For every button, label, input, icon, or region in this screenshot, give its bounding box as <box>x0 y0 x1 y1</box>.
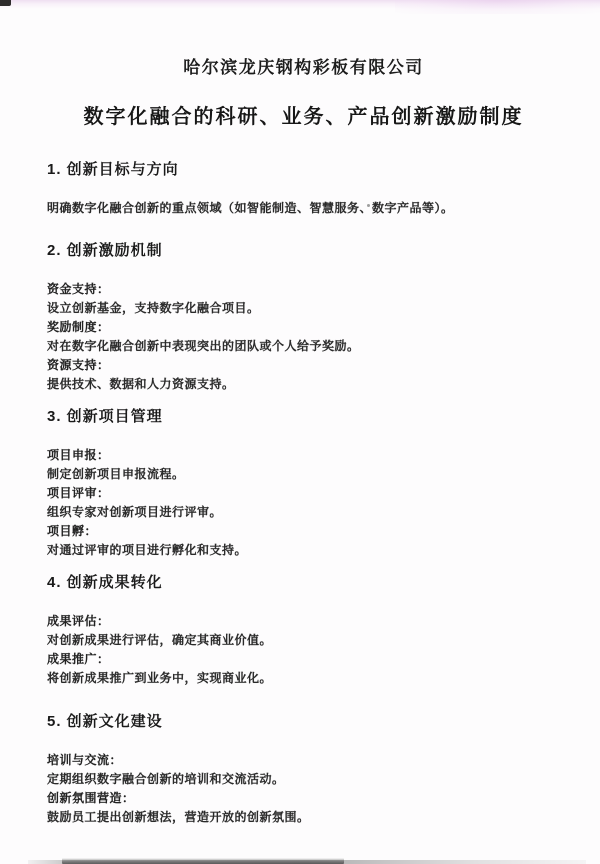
company-title: 哈尔滨龙庆钢构彩板有限公司 <box>47 58 560 78</box>
scan-artifact-bottom-band-dark <box>62 858 344 864</box>
item-label: 奖励制度： <box>47 318 560 337</box>
item-desc: 对创新成果进行评估，确定其商业价值。 <box>47 631 560 650</box>
item-label: 培训与交流： <box>47 751 560 770</box>
item-label: 项目孵： <box>47 522 560 541</box>
item-desc: 制定创新项目申报流程。 <box>47 465 560 484</box>
section-incentive-mechanism: 2. 创新激励机制 资金支持： 设立创新基金，支持数字化融合项目。 奖励制度： … <box>47 242 560 394</box>
section-heading: 1. 创新目标与方向 <box>47 161 560 179</box>
document-content: 哈尔滨龙庆钢构彩板有限公司 数字化融合的科研、业务、产品创新激励制度 1. 创新… <box>0 0 600 827</box>
item-label: 创新氛围营造： <box>47 789 560 808</box>
item-desc: 对通过评审的项目进行孵化和支持。 <box>47 541 560 560</box>
section-innovation-goals: 1. 创新目标与方向 明确数字化融合创新的重点领域（如智能制造、智慧服务、数字产… <box>47 161 560 218</box>
item-label: 成果推广： <box>47 650 560 669</box>
item-desc: 设立创新基金，支持数字化融合项目。 <box>47 299 560 318</box>
section-items: 培训与交流： 定期组织数字融合创新的培训和交流活动。 创新氛围营造： 鼓励员工提… <box>47 751 560 827</box>
section-items: 明确数字化融合创新的重点领域（如智能制造、智慧服务、数字产品等）。 <box>47 199 560 218</box>
section-heading: 4. 创新成果转化 <box>47 574 560 592</box>
document-subtitle: 数字化融合的科研、业务、产品创新激励制度 <box>47 106 560 129</box>
section-items: 成果评估： 对创新成果进行评估，确定其商业价值。 成果推广： 将创新成果推广到业… <box>47 612 560 688</box>
item-label: 成果评估： <box>47 612 560 631</box>
section-heading: 3. 创新项目管理 <box>47 408 560 426</box>
section-heading: 5. 创新文化建设 <box>47 713 560 731</box>
item-label: 项目评审： <box>47 484 560 503</box>
item-label: 资源支持： <box>47 356 560 375</box>
section-items: 资金支持： 设立创新基金，支持数字化融合项目。 奖励制度： 对在数字化融合创新中… <box>47 280 560 394</box>
item-desc: 提供技术、数据和人力资源支持。 <box>47 375 560 394</box>
section-items: 项目申报： 制定创新项目申报流程。 项目评审： 组织专家对创新项目进行评审。 项… <box>47 446 560 560</box>
item-desc: 定期组织数字融合创新的培训和交流活动。 <box>47 770 560 789</box>
section-project-management: 3. 创新项目管理 项目申报： 制定创新项目申报流程。 项目评审： 组织专家对创… <box>47 408 560 560</box>
item-desc: 将创新成果推广到业务中，实现商业化。 <box>47 669 560 688</box>
scanned-document-page: 哈尔滨龙庆钢构彩板有限公司 数字化融合的科研、业务、产品创新激励制度 1. 创新… <box>0 0 600 864</box>
item-label: 资金支持： <box>47 280 560 299</box>
item-desc: 对在数字化融合创新中表现突出的团队或个人给予奖励。 <box>47 337 560 356</box>
section-heading: 2. 创新激励机制 <box>47 242 560 260</box>
item-desc: 鼓励员工提出创新想法，营造开放的创新氛围。 <box>47 808 560 827</box>
item-label: 项目申报： <box>47 446 560 465</box>
item-desc: 明确数字化融合创新的重点领域（如智能制造、智慧服务、数字产品等）。 <box>47 199 560 218</box>
section-culture-building: 5. 创新文化建设 培训与交流： 定期组织数字融合创新的培训和交流活动。 创新氛… <box>47 713 560 827</box>
scan-artifact-stray-dot <box>367 204 370 207</box>
section-achievement-transformation: 4. 创新成果转化 成果评估： 对创新成果进行评估，确定其商业价值。 成果推广：… <box>47 574 560 688</box>
item-desc: 组织专家对创新项目进行评审。 <box>47 503 560 522</box>
